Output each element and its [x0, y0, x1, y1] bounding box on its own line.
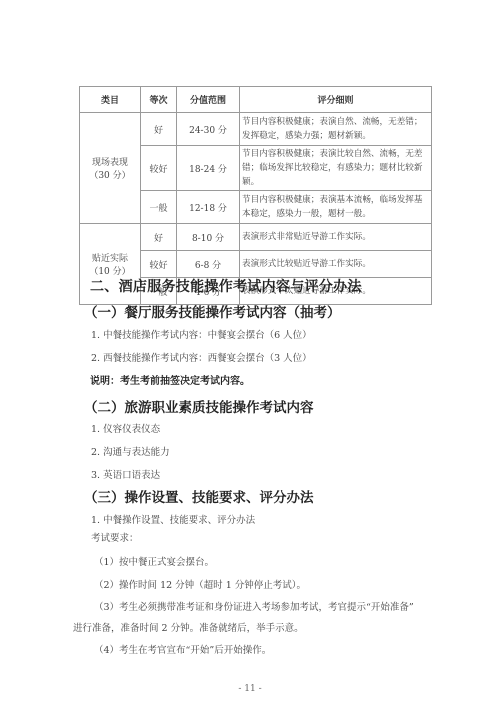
- header-range: 分值范围: [177, 87, 240, 113]
- list-item: 3. 英语口语表达: [91, 467, 160, 481]
- table-row: 现场表现 （30 分） 好 24-30 分 节目内容积极健康；表演自然、流畅，无…: [80, 113, 432, 146]
- subsection-heading-2: （二）旅游职业素质技能操作考试内容: [84, 396, 314, 416]
- range-cell: 24-30 分: [177, 113, 240, 146]
- table-row: 贴近实际 （10 分） 好 8-10 分 表演形式非常贴近导游工作实际。: [80, 224, 432, 251]
- detail-cell: 节目内容积极健康；表演比较自然、流畅，无差错；临场发挥比较稳定，有感染力；题材比…: [240, 146, 432, 191]
- table-header-row: 类目 等次 分值范围 评分细则: [80, 87, 432, 113]
- detail-cell: 表演形式非常贴近导游工作实际。: [240, 224, 432, 251]
- note-text: 说明：考生考前抽签决定考试内容。: [90, 372, 250, 387]
- requirements-label: 考试要求：: [91, 530, 139, 544]
- category-label: 现场表现: [82, 155, 138, 168]
- subsection-heading-1: （一）餐厅服务技能操作考试内容（抽考）: [84, 301, 341, 321]
- header-category: 类目: [80, 87, 141, 113]
- subsection-heading-3: （三）操作设置、技能要求、评分办法: [84, 486, 314, 506]
- range-cell: 6-8 分: [177, 251, 240, 278]
- grade-cell: 较好: [141, 146, 177, 191]
- range-cell: 18-24 分: [177, 146, 240, 191]
- list-item: 2. 沟通与表达能力: [91, 444, 170, 458]
- requirement-item-continued: 进行准备，准备时间 2 分钟。准备就绪后，举手示意。: [73, 620, 304, 634]
- list-item: 1. 中餐技能操作考试内容：中餐宴会摆台（6 人位）: [91, 327, 312, 341]
- detail-cell: 表演形式比较贴近导游工作实际。: [240, 251, 432, 278]
- grade-cell: 好: [141, 113, 177, 146]
- range-cell: 12-18 分: [177, 191, 240, 224]
- document-page: 类目 等次 分值范围 评分细则 现场表现 （30 分） 好 24-30 分 节目…: [0, 0, 500, 707]
- requirement-item: （3）考生必须携带准考证和身份证进入考场参加考试，考官提示“开始准备”: [94, 599, 414, 613]
- requirement-item: （4）考生在考官宣布“开始”后开始操作。: [94, 642, 271, 656]
- header-detail: 评分细则: [240, 87, 432, 113]
- scoring-table: 类目 等次 分值范围 评分细则 现场表现 （30 分） 好 24-30 分 节目…: [79, 86, 432, 305]
- requirement-item: （2）操作时间 12 分钟（超时 1 分钟停止考试）。: [94, 577, 306, 591]
- grade-cell: 一般: [141, 191, 177, 224]
- category-points: （30 分）: [82, 168, 138, 181]
- category-cell: 现场表现 （30 分）: [80, 113, 141, 224]
- detail-cell: 节目内容积极健康；表演基本流畅，临场发挥基本稳定，感染力一般，题材一般。: [240, 191, 432, 224]
- header-grade: 等次: [141, 87, 177, 113]
- grade-cell: 好: [141, 224, 177, 251]
- category-label: 贴近实际: [82, 251, 138, 264]
- section-heading: 二、酒店服务技能操作考试内容与评分办法: [90, 276, 362, 296]
- list-item: 1. 仪容仪表仪态: [91, 421, 160, 435]
- list-item: 2. 西餐技能操作考试内容：西餐宴会摆台（3 人位）: [91, 350, 312, 364]
- item-heading: 1. 中餐操作设置、技能要求、评分办法: [91, 512, 255, 526]
- detail-cell: 节目内容积极健康；表演自然、流畅，无差错；发挥稳定，感染力强；题材新颖。: [240, 113, 432, 146]
- grade-cell: 较好: [141, 251, 177, 278]
- requirement-item: （1）按中餐正式宴会摆台。: [94, 554, 214, 568]
- page-number: - 11 -: [0, 684, 500, 694]
- range-cell: 8-10 分: [177, 224, 240, 251]
